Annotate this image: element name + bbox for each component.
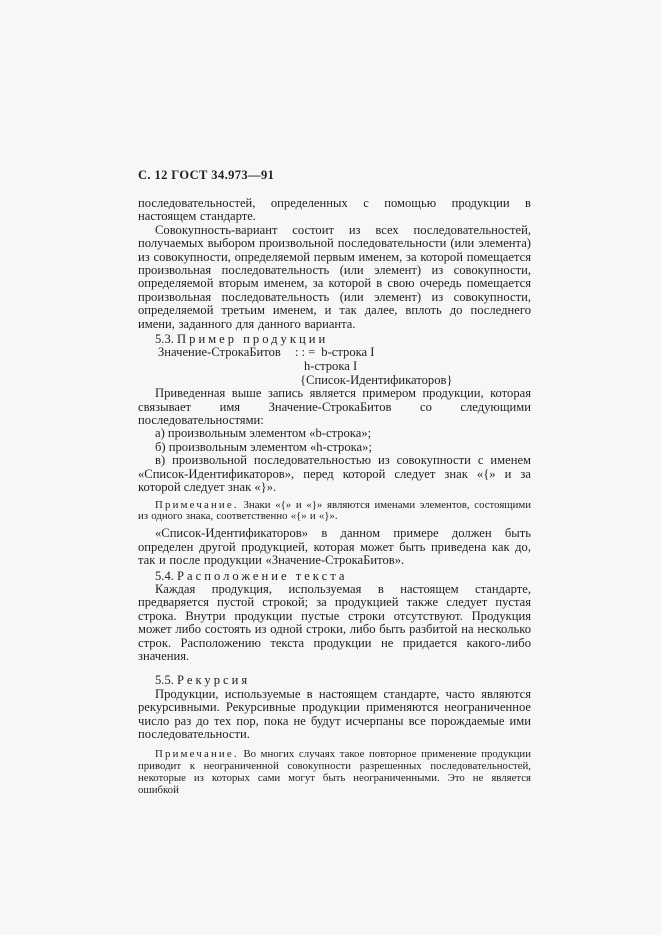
- note-2: Примечание. Во многих случаях такое повт…: [138, 749, 531, 797]
- section-title: Рекурсия: [177, 673, 250, 687]
- production-alt-1: b-строка I: [321, 345, 374, 359]
- section-heading-5-4: 5.4. Расположение текста: [138, 570, 531, 583]
- section-title: Расположение текста: [177, 569, 347, 583]
- section-heading-5-5: 5.5. Рекурсия: [138, 674, 531, 687]
- production-example: Значение-СтрокаБитов: : =b-строка I h-ст…: [138, 346, 531, 387]
- paragraph-continuation: последовательностей, определенных с помо…: [138, 197, 531, 224]
- list-item-a: а) произвольным элементом «b-строка»;: [138, 427, 531, 440]
- text-column: С. 12 ГОСТ 34.973—91 последовательностей…: [138, 168, 531, 801]
- paragraph-sovokupnost-variant: Совокупность-вариант состоит из всех пос…: [138, 224, 531, 331]
- production-line-3: {Список-Идентификаторов}: [300, 374, 531, 388]
- note-label: Примечание.: [155, 748, 239, 760]
- paragraph-raspolozhenie: Каждая продукция, используемая в настоящ…: [138, 583, 531, 663]
- list-item-v: в) произвольной последовательностью из с…: [138, 454, 531, 494]
- running-header: С. 12 ГОСТ 34.973—91: [138, 168, 531, 183]
- scanned-document-page: С. 12 ГОСТ 34.973—91 последовательностей…: [0, 0, 661, 935]
- production-line-2: h-строка I: [304, 360, 531, 374]
- paragraph-rekursiya: Продукции, используемые в настоящем стан…: [138, 688, 531, 742]
- section-title: Пример продукции: [177, 332, 328, 346]
- section-number: 5.3.: [155, 332, 174, 346]
- paragraph-privedennaya: Приведенная выше запись является примеро…: [138, 387, 531, 427]
- paragraph-spisok-identifikatorov: «Список-Идентификаторов» в данном пример…: [138, 527, 531, 567]
- production-lhs: Значение-СтрокаБитов: [158, 345, 281, 359]
- list-item-b: б) произвольным элементом «h-строка»;: [138, 441, 531, 454]
- note-label: Примечание.: [155, 499, 239, 511]
- section-heading-5-3: 5.3. Пример продукции: [138, 333, 531, 346]
- note-1: Примечание. Знаки «{» и «}» являются име…: [138, 500, 531, 524]
- production-operator: : : =: [295, 345, 315, 359]
- production-line-1: Значение-СтрокаБитов: : =b-строка I: [138, 346, 531, 360]
- section-number: 5.5.: [155, 673, 174, 687]
- section-number: 5.4.: [155, 569, 174, 583]
